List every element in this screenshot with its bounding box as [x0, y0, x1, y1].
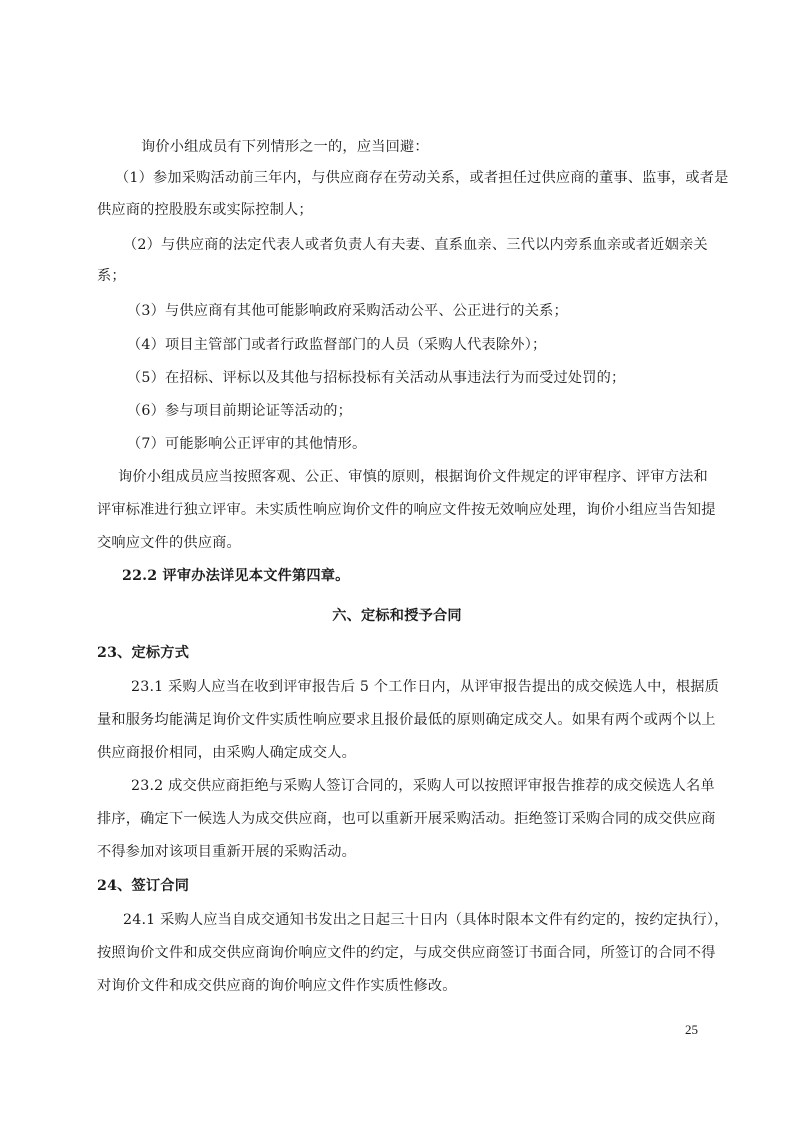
paragraph-line: 对询价文件和成交供应商的询价响应文件作实质性修改。 — [97, 976, 701, 996]
paragraph-line: （2）与供应商的法定代表人或者负责人有夫妻、直系血亲、三代以内旁系血亲或者近姻亲… — [97, 235, 727, 255]
paragraph-line: 23.2 成交供应商拒绝与采购人签订合同的，采购人可以按照评审报告推荐的成交候选… — [97, 776, 735, 796]
paragraph-line: 排序，确定下一候选人为成交供应商，也可以重新开展采购活动。拒绝签订采购合同的成交… — [97, 809, 701, 829]
paragraph-line: 交响应文件的供应商。 — [97, 533, 701, 553]
paragraph-line: （3）与供应商有其他可能影响政府采购活动公平、公正进行的关系； — [97, 301, 731, 321]
document-page: 询价小组成员有下列情形之一的，应当回避：（1）参加采购活动前三年内，与供应商存在… — [0, 0, 794, 1122]
clause-heading: 23、定标方式 — [97, 643, 701, 663]
paragraph-line: （7）可能影响公正评审的其他情形。 — [97, 434, 731, 454]
paragraph-line: 系； — [97, 266, 701, 286]
paragraph-line: 询价小组成员有下列情形之一的，应当回避： — [97, 137, 745, 157]
paragraph-line: 24.1 采购人应当自成交通知书发出之日起三十日内（具体时限本文件有约定的，按约… — [97, 910, 727, 930]
paragraph-line: 供应商的控股股东或实际控制人； — [97, 200, 701, 220]
page-number: 25 — [660, 1022, 698, 1038]
paragraph-line: 23.1 采购人应当在收到评审报告后 5 个工作日内，从评审报告提出的成交候选人… — [97, 677, 735, 697]
paragraph-line: 评审标准进行独立评审。未实质性响应询价文件的响应文件按无效响应处理，询价小组应当… — [97, 500, 701, 520]
section-heading: 六、定标和授予合同 — [0, 606, 794, 626]
clause-note: 22.2 评审办法详见本文件第四章。 — [97, 566, 726, 586]
paragraph-line: （6）参与项目前期论证等活动的； — [97, 401, 731, 421]
paragraph-line: （1）参加采购活动前三年内，与供应商存在劳动关系，或者担任过供应商的董事、监事，… — [97, 168, 719, 188]
paragraph-line: 量和服务均能满足询价文件实质性响应要求且报价最低的原则确定成交人。如果有两个或两… — [97, 710, 701, 730]
paragraph-line: （5）在招标、评标以及其他与招标投标有关活动从事违法行为而受过处罚的； — [97, 368, 731, 388]
paragraph-line: 按照询价文件和成交供应商询价响应文件的约定，与成交供应商签订书面合同，所签订的合… — [97, 943, 701, 963]
paragraph-line: 供应商报价相同，由采购人确定成交人。 — [97, 743, 701, 763]
paragraph-line: （4）项目主管部门或者行政监督部门的人员（采购人代表除外）； — [97, 335, 731, 355]
paragraph-line: 不得参加对该项目重新开展的采购活动。 — [97, 842, 701, 862]
clause-heading: 24、签订合同 — [97, 876, 701, 896]
paragraph-line: 询价小组成员应当按照客观、公正、审慎的原则，根据询价文件规定的评审程序、评审方法… — [97, 467, 722, 487]
